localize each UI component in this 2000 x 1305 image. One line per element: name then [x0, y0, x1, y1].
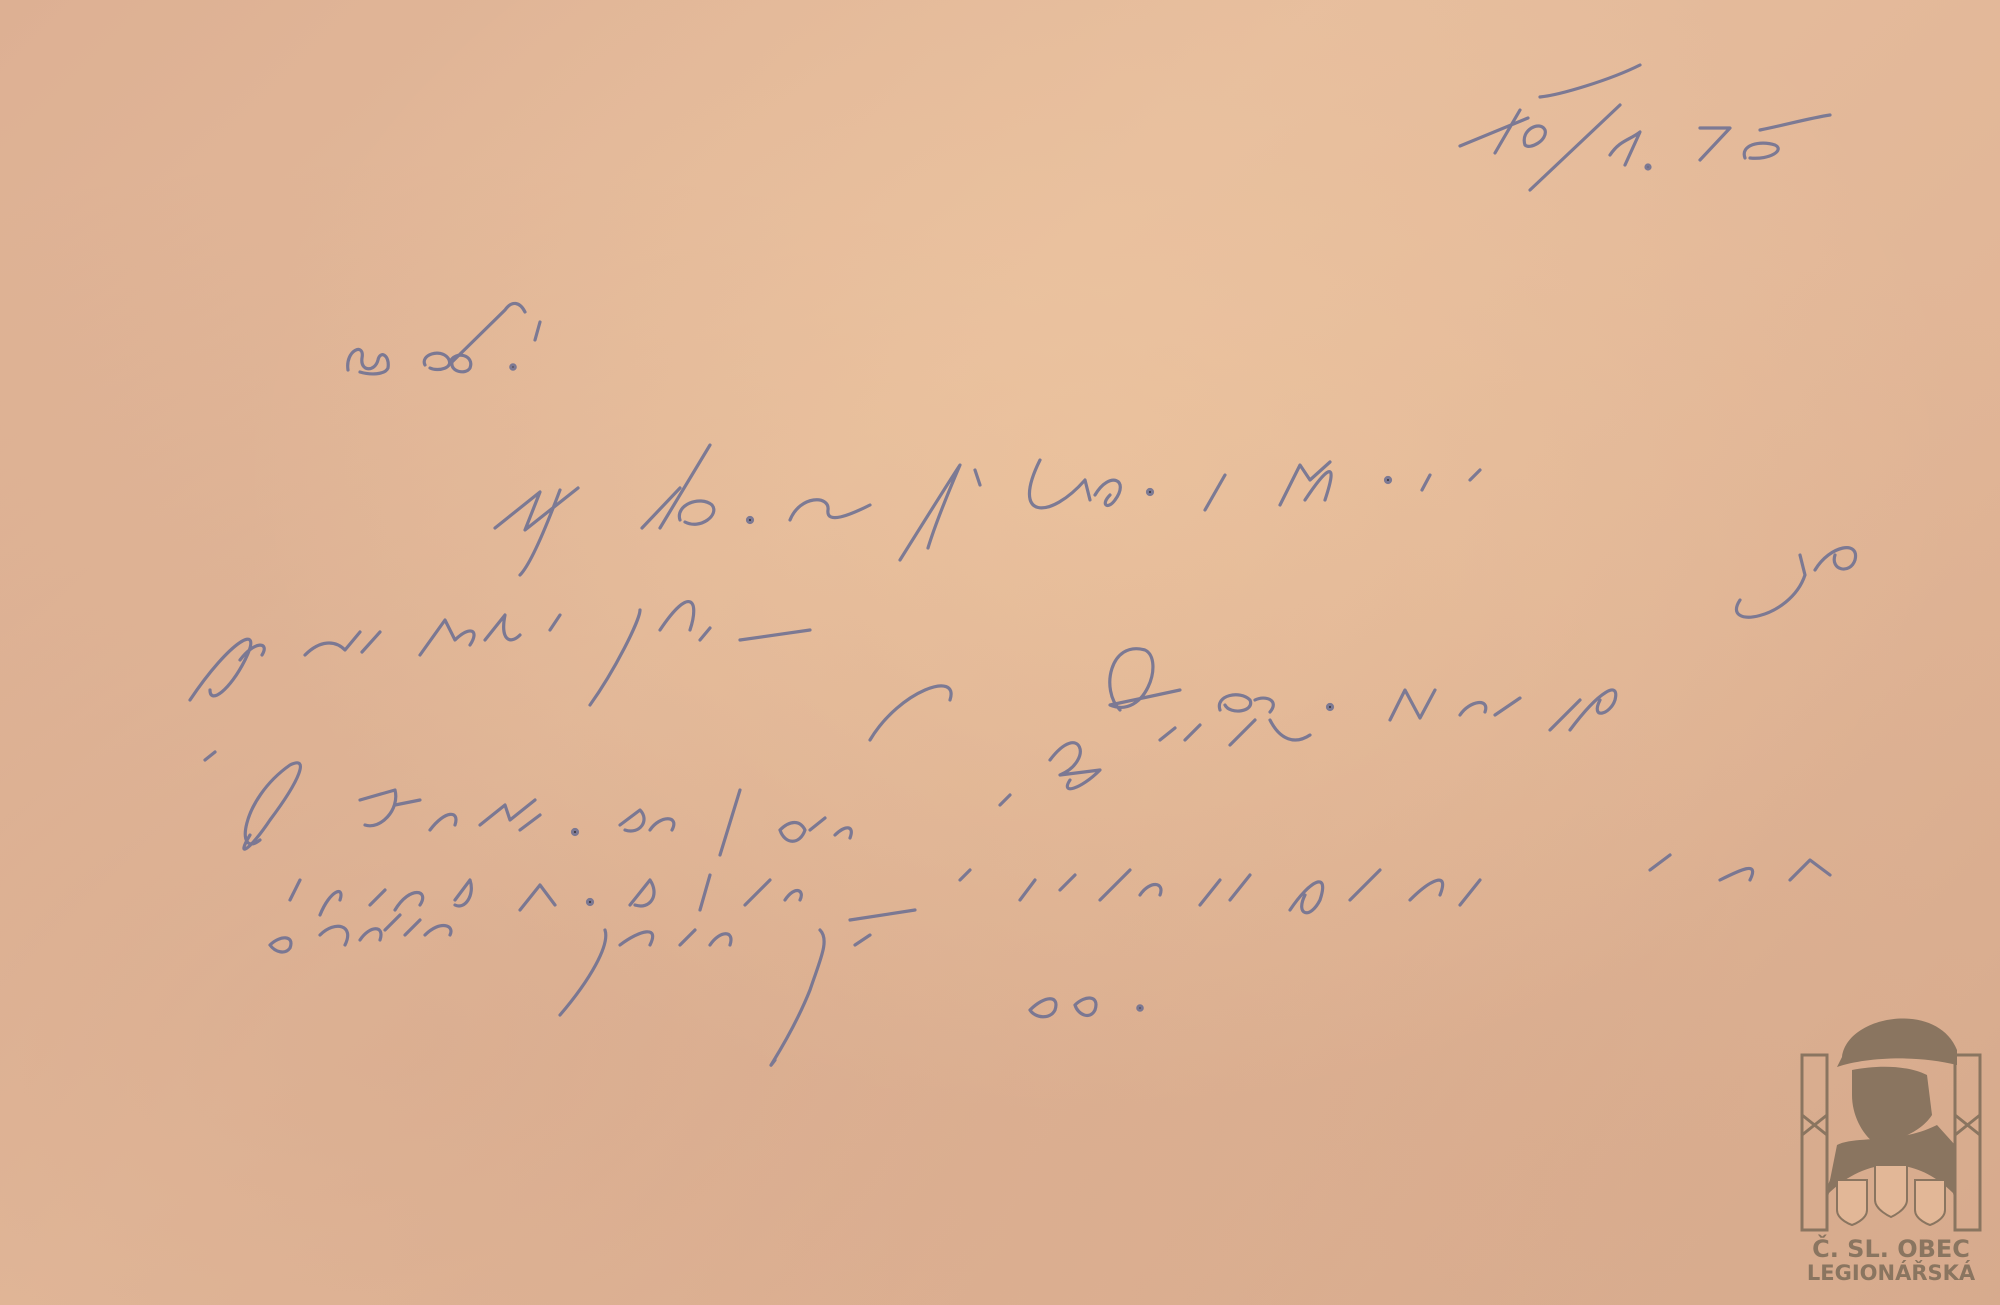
- legionnaire-association-watermark: Č. SL. OBEC LEGIONÁŘSKÁ: [1797, 995, 1985, 1293]
- shorthand-line-2: [190, 602, 1616, 730]
- handwritten-shorthand: [0, 0, 2000, 1305]
- shorthand-line-3: [205, 686, 1310, 855]
- shorthand-line-5: [270, 915, 870, 1065]
- watermark-line-2: LEGIONÁŘSKÁ: [1797, 1261, 1985, 1285]
- salutation-strokes: [348, 303, 540, 373]
- shorthand-line-4: [290, 855, 1830, 920]
- soldier-emblem-icon: [1797, 995, 1985, 1235]
- date-strokes: [1460, 65, 1830, 190]
- watermark-line-1: Č. SL. OBEC: [1797, 1235, 1985, 1263]
- postcard: 18/1. 15: [0, 0, 2000, 1305]
- shorthand-line-1: [495, 445, 1856, 617]
- shorthand-line-6: [1030, 998, 1142, 1017]
